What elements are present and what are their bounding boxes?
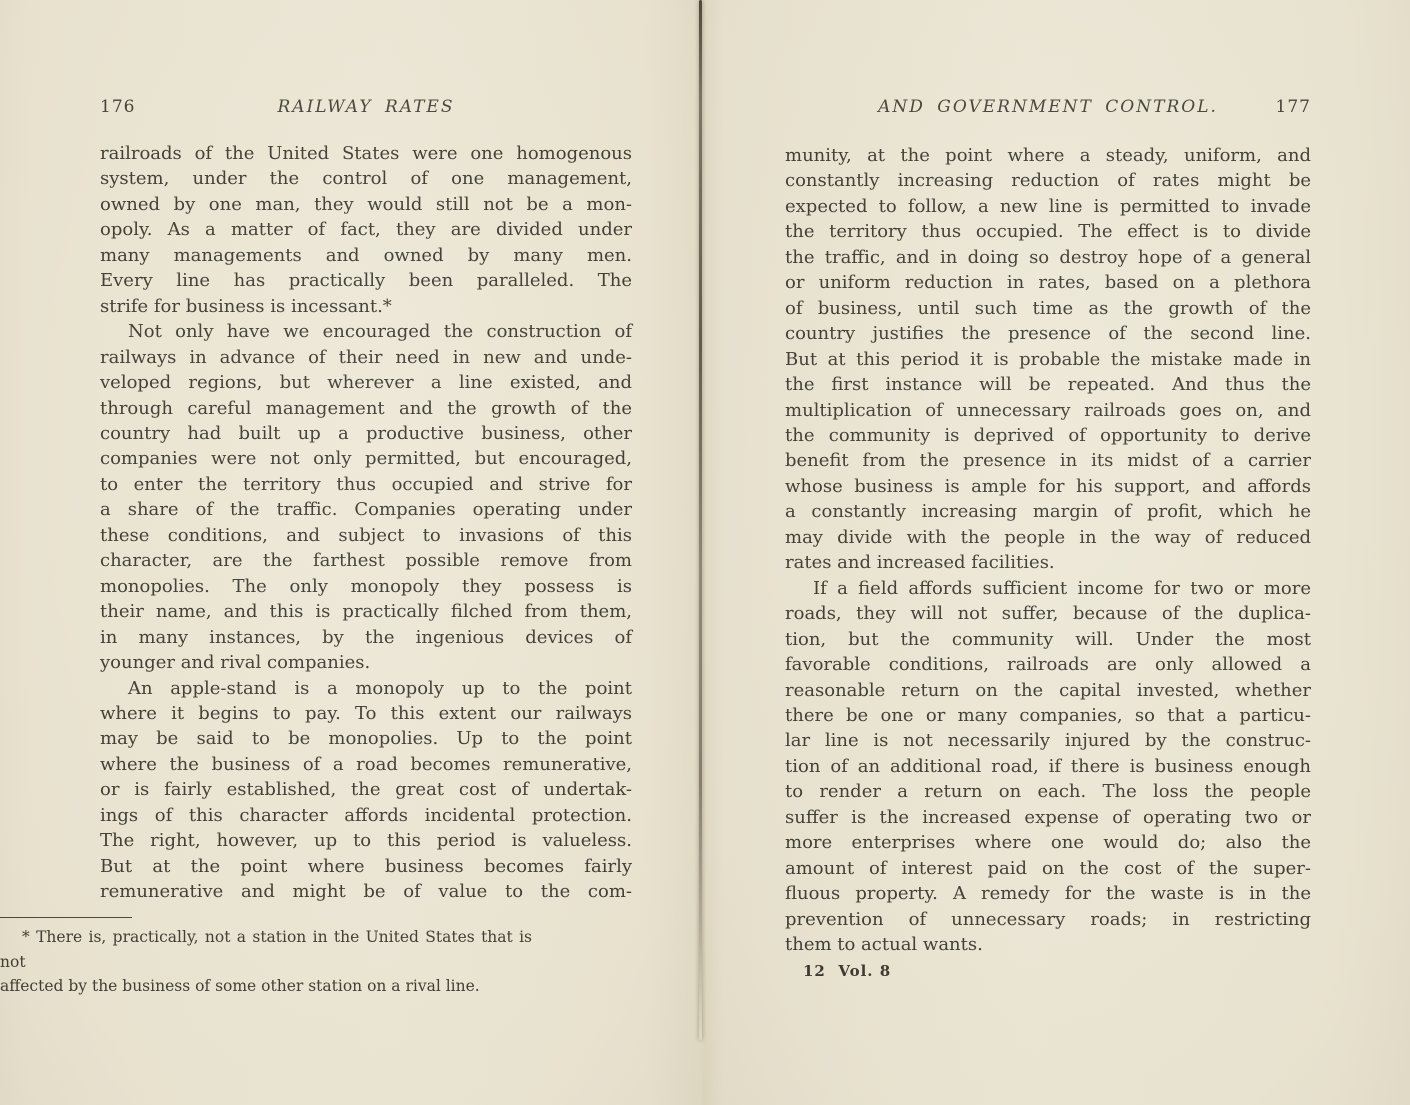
- text-line: Not only have we encouraged the construc…: [100, 319, 632, 344]
- book-scan: { "colors": { "paper": "#ece6d4", "ink":…: [0, 0, 1410, 1105]
- text-line: character, are the farthest possible rem…: [100, 548, 632, 573]
- text-line: benefit from the presence in its midst o…: [785, 448, 1311, 473]
- text-line: in many instances, by the ingenious devi…: [100, 625, 632, 650]
- text-line: But at this period it is probable the mi…: [785, 347, 1311, 372]
- text-line: ings of this character affords incidenta…: [100, 803, 632, 828]
- text-line: or is fairly established, the great cost…: [100, 777, 632, 802]
- text-line: reasonable return on the capital investe…: [785, 678, 1311, 703]
- text-line: favorable conditions, railroads are only…: [785, 652, 1311, 677]
- right-page-header: AND GOVERNMENT CONTROL. 177: [785, 97, 1311, 121]
- text-line: lar line is not necessarily injured by t…: [785, 728, 1311, 753]
- text-line: monopolies. The only monopoly they posse…: [100, 574, 632, 599]
- text-line: An apple-stand is a monopoly up to the p…: [100, 676, 632, 701]
- text-line: country had built up a productive busine…: [100, 421, 632, 446]
- text-line: multiplication of unnecessary railroads …: [785, 398, 1311, 423]
- page-left: 176 RAILWAY RATES railroads of the Unite…: [0, 0, 702, 1105]
- right-page-number: 177: [1276, 97, 1311, 117]
- text-line: the traffic, and in doing so destroy hop…: [785, 245, 1311, 270]
- text-line: railways in advance of their need in new…: [100, 345, 632, 370]
- text-line: whose business is ample for his support,…: [785, 474, 1311, 499]
- text-line: of business, until such time as the grow…: [785, 296, 1311, 321]
- text-line: opoly. As a matter of fact, they are div…: [100, 217, 632, 242]
- text-line: a constantly increasing margin of profit…: [785, 499, 1311, 524]
- left-running-head: RAILWAY RATES: [100, 97, 632, 117]
- text-line: remunerative and might be of value to th…: [100, 879, 632, 904]
- book-spread: 176 RAILWAY RATES railroads of the Unite…: [0, 0, 1410, 1105]
- page-right: AND GOVERNMENT CONTROL. 177 munity, at t…: [702, 0, 1410, 1105]
- text-line: them to actual wants.: [785, 932, 1311, 957]
- right-page-body: munity, at the point where a steady, uni…: [785, 143, 1311, 958]
- text-line: munity, at the point where a steady, uni…: [785, 143, 1311, 168]
- text-line: expected to follow, a new line is permit…: [785, 194, 1311, 219]
- text-line: veloped regions, but wherever a line exi…: [100, 370, 632, 395]
- text-line: suffer is the increased expense of opera…: [785, 805, 1311, 830]
- text-line: these conditions, and subject to invasio…: [100, 523, 632, 548]
- text-line: tion, but the community will. Under the …: [785, 627, 1311, 652]
- text-line: where the business of a road becomes rem…: [100, 752, 632, 777]
- printer-signature: 12 Vol. 8: [803, 959, 891, 984]
- text-line: through careful management and the growt…: [100, 396, 632, 421]
- text-line: railroads of the United States were one …: [100, 141, 632, 166]
- text-line: * There is, practically, not a station i…: [0, 925, 532, 974]
- footnote-rule: [0, 917, 132, 918]
- text-line: owned by one man, they would still not b…: [100, 192, 632, 217]
- text-line: fluous property. A remedy for the waste …: [785, 881, 1311, 906]
- text-line: roads, they will not suffer, because of …: [785, 601, 1311, 626]
- text-line: If a field affords sufficient income for…: [785, 576, 1311, 601]
- text-line: system, under the control of one managem…: [100, 166, 632, 191]
- text-line: country justifies the presence of the se…: [785, 321, 1311, 346]
- text-line: But at the point where business becomes …: [100, 854, 632, 879]
- text-line: the first instance will be repeated. And…: [785, 372, 1311, 397]
- text-line: may be said to be monopolies. Up to the …: [100, 726, 632, 751]
- text-line: the community is deprived of opportunity…: [785, 423, 1311, 448]
- text-line: Every line has practically been parallel…: [100, 268, 632, 293]
- text-line: or uniform reduction in rates, based on …: [785, 270, 1311, 295]
- text-line: tion of an additional road, if there is …: [785, 754, 1311, 779]
- text-line: more enterprises where one would do; als…: [785, 830, 1311, 855]
- text-line: companies were not only permitted, but e…: [100, 446, 632, 471]
- text-line: may divide with the people in the way of…: [785, 525, 1311, 550]
- left-page-footnote: * There is, practically, not a station i…: [0, 925, 532, 999]
- text-line: The right, however, up to this period is…: [100, 828, 632, 853]
- text-line: to enter the territory thus occupied and…: [100, 472, 632, 497]
- right-running-head: AND GOVERNMENT CONTROL.: [785, 97, 1311, 117]
- text-line: strife for business is incessant.*: [100, 294, 632, 319]
- text-line: many managements and owned by many men.: [100, 243, 632, 268]
- text-line: their name, and this is practically filc…: [100, 599, 632, 624]
- text-line: rates and increased facilities.: [785, 550, 1311, 575]
- text-line: prevention of unnecessary roads; in rest…: [785, 907, 1311, 932]
- text-line: where it begins to pay. To this extent o…: [100, 701, 632, 726]
- text-line: constantly increasing reduction of rates…: [785, 168, 1311, 193]
- left-page-header: 176 RAILWAY RATES: [100, 97, 632, 121]
- left-page-body: railroads of the United States were one …: [100, 141, 632, 905]
- text-line: a share of the traffic. Companies operat…: [100, 497, 632, 522]
- text-line: the territory thus occupied. The effect …: [785, 219, 1311, 244]
- text-line: younger and rival companies.: [100, 650, 632, 675]
- text-line: there be one or many companies, so that …: [785, 703, 1311, 728]
- text-line: affected by the business of some other s…: [0, 974, 532, 999]
- text-line: amount of interest paid on the cost of t…: [785, 856, 1311, 881]
- text-line: to render a return on each. The loss the…: [785, 779, 1311, 804]
